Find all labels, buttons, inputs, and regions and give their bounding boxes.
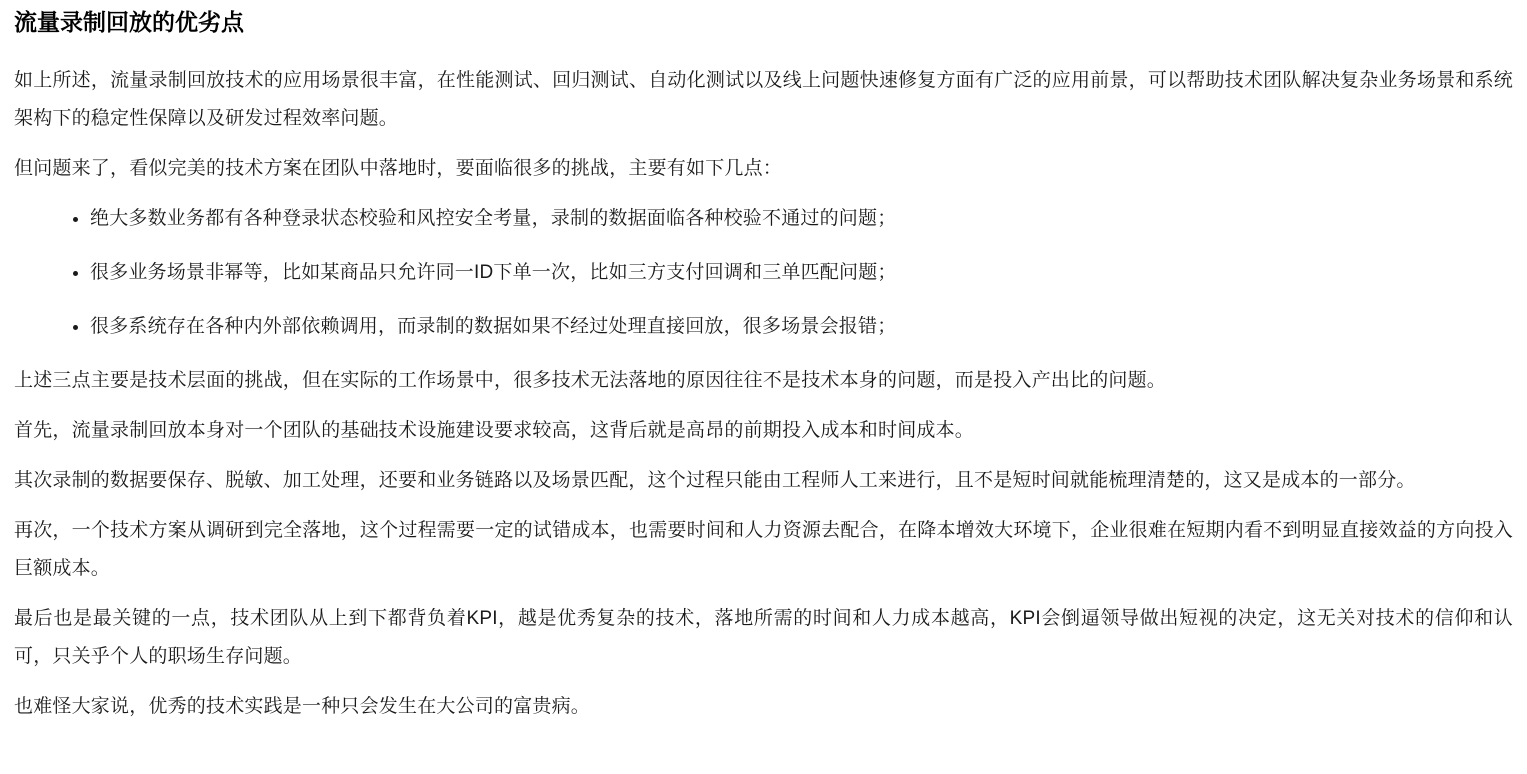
challenges-lead-paragraph: 但问题来了，看似完美的技术方案在团队中落地时，要面临很多的挑战，主要有如下几点： — [14, 150, 1513, 188]
list-item: 很多业务场景非幂等，比如某商品只允许同一ID下单一次，比如三方支付回调和三单匹配… — [90, 254, 1513, 292]
challenge-list: 绝大多数业务都有各种登录状态校验和风控安全考量，录制的数据面临各种校验不通过的问… — [14, 200, 1513, 346]
body-paragraph-summary: 上述三点主要是技术层面的挑战，但在实际的工作场景中，很多技术无法落地的原因往往不… — [14, 362, 1513, 400]
intro-paragraph: 如上所述，流量录制回放技术的应用场景很丰富，在性能测试、回归测试、自动化测试以及… — [14, 62, 1513, 138]
body-paragraph-first: 首先，流量录制回放本身对一个团队的基础技术设施建设要求较高，这背后就是高昂的前期… — [14, 412, 1513, 450]
body-paragraph-second: 其次录制的数据要保存、脱敏、加工处理，还要和业务链路以及场景匹配，这个过程只能由… — [14, 462, 1513, 500]
article-page: { "article": { "title": "流量录制回放的优劣点", "i… — [0, 0, 1527, 774]
page-title: 流量录制回放的优劣点 — [14, 6, 1513, 38]
list-item: 绝大多数业务都有各种登录状态校验和风控安全考量，录制的数据面临各种校验不通过的问… — [90, 200, 1513, 238]
body-paragraph-last-key: 最后也是最关键的一点，技术团队从上到下都背负着KPI，越是优秀复杂的技术，落地所… — [14, 600, 1513, 676]
body-paragraph-third: 再次，一个技术方案从调研到完全落地，这个过程需要一定的试错成本，也需要时间和人力… — [14, 512, 1513, 588]
list-item: 很多系统存在各种内外部依赖调用，而录制的数据如果不经过处理直接回放，很多场景会报… — [90, 308, 1513, 346]
article-content: 流量录制回放的优劣点 如上所述，流量录制回放技术的应用场景很丰富，在性能测试、回… — [14, 6, 1513, 726]
closing-paragraph: 也难怪大家说，优秀的技术实践是一种只会发生在大公司的富贵病。 — [14, 688, 1513, 726]
